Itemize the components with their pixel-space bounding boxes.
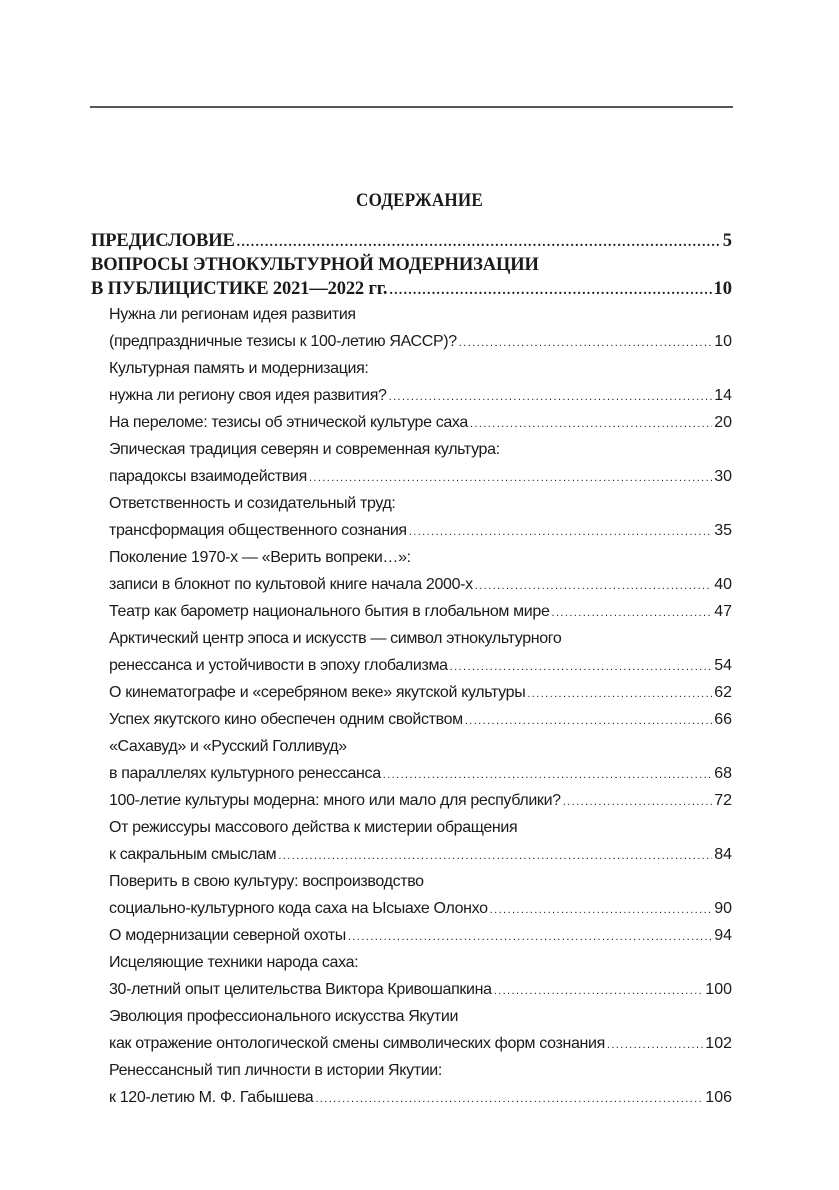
toc-item[interactable]: Ответственность и созидательный труд:тра…: [91, 490, 732, 544]
toc-line: в параллелях культурного ренессанса.....…: [109, 760, 732, 787]
toc-item[interactable]: Арктический центр эпоса и искусств — сим…: [91, 625, 732, 679]
dot-leader: ........................................…: [278, 843, 712, 868]
toc-line: Нужна ли регионам идея развития: [109, 301, 732, 328]
toc-entry-title: Эпическая традиция северян и современная…: [109, 436, 500, 463]
toc-line: Эволюция профессионального искусства Яку…: [109, 1003, 732, 1030]
dot-leader: ........................................…: [475, 573, 712, 598]
dot-leader: ........................................…: [494, 978, 704, 1003]
toc-entry-title: ренессанса и устойчивости в эпоху глобал…: [109, 652, 448, 679]
dot-leader: ........................................…: [552, 600, 713, 625]
dot-leader: ........................................…: [315, 1086, 703, 1111]
dot-leader: ........................................…: [607, 1032, 703, 1057]
toc-page-number: 94: [714, 922, 732, 949]
dot-leader: ........................................…: [348, 924, 712, 949]
toc-line: 100-летие культуры модерна: много или ма…: [109, 787, 732, 814]
toc-page-number: 54: [714, 652, 732, 679]
table-of-contents: ПРЕДИСЛОВИЕ.............................…: [91, 229, 732, 1111]
toc-page-number: 10: [714, 328, 732, 355]
toc-line: парадоксы взаимодействия................…: [109, 463, 732, 490]
toc-entry-title: парадоксы взаимодействия: [109, 463, 307, 490]
toc-page-number: 84: [714, 841, 732, 868]
toc-entry-title: социально-культурного кода саха на Ысыах…: [109, 895, 488, 922]
toc-section[interactable]: ВОПРОСЫ ЭТНОКУЛЬТУРНОЙ МОДЕРНИЗАЦИИВ ПУБ…: [91, 253, 732, 301]
toc-entry-title: Ренессансный тип личности в истории Якут…: [109, 1057, 442, 1084]
dot-leader: ........................................…: [465, 708, 712, 733]
toc-item[interactable]: Эволюция профессионального искусства Яку…: [91, 1003, 732, 1057]
toc-line: к сакральным смыслам....................…: [109, 841, 732, 868]
toc-page-number: 14: [714, 382, 732, 409]
toc-line: О модернизации северной охоты...........…: [109, 922, 732, 949]
toc-page-number: 106: [705, 1084, 732, 1111]
toc-entry-title: к сакральным смыслам: [109, 841, 276, 868]
toc-entry-title: нужна ли региону своя идея развития?: [109, 382, 387, 409]
toc-entry-title: О модернизации северной охоты: [109, 922, 346, 949]
toc-item[interactable]: «Сахавуд» и «Русский Голливуд»в параллел…: [91, 733, 732, 787]
toc-section[interactable]: ПРЕДИСЛОВИЕ.............................…: [91, 229, 732, 253]
toc-line: Поверить в свою культуру: воспроизводств…: [109, 868, 732, 895]
toc-page-number: 35: [714, 517, 732, 544]
dot-leader: ........................................…: [490, 897, 713, 922]
toc-item[interactable]: От режиссуры массового действа к мистери…: [91, 814, 732, 868]
toc-page-number: 10: [714, 277, 733, 301]
toc-entry-title: На переломе: тезисы об этнической культу…: [109, 409, 468, 436]
toc-line: На переломе: тезисы об этнической культу…: [109, 409, 732, 436]
toc-entry-title: Ответственность и созидательный труд:: [109, 490, 396, 517]
toc-item[interactable]: Исцеляющие техники народа саха:30-летний…: [91, 949, 732, 1003]
toc-page-number: 102: [705, 1030, 732, 1057]
toc-page-number: 68: [714, 760, 732, 787]
toc-entry-title: записи в блокнот по культовой книге нача…: [109, 571, 473, 598]
toc-entry-title: Культурная память и модернизация:: [109, 355, 369, 382]
toc-item[interactable]: Культурная память и модернизация:нужна л…: [91, 355, 732, 409]
toc-entry-title: в параллелях культурного ренессанса: [109, 760, 381, 787]
toc-line: как отражение онтологической смены симво…: [109, 1030, 732, 1057]
toc-line: социально-культурного кода саха на Ысыах…: [109, 895, 732, 922]
toc-line: В ПУБЛИЦИСТИКЕ 2021—2022 гг.............…: [91, 277, 732, 301]
toc-entry-title: В ПУБЛИЦИСТИКЕ 2021—2022 гг.: [91, 277, 387, 301]
dot-leader: ........................................…: [459, 330, 712, 355]
toc-entry-title: Поверить в свою культуру: воспроизводств…: [109, 868, 424, 895]
toc-page-number: 100: [705, 976, 732, 1003]
toc-line: ПРЕДИСЛОВИЕ.............................…: [91, 229, 732, 253]
toc-item[interactable]: 100-летие культуры модерна: много или ма…: [91, 787, 732, 814]
toc-entry-title: О кинематографе и «серебряном веке» якут…: [109, 679, 525, 706]
dot-leader: ........................................…: [409, 519, 712, 544]
toc-line: «Сахавуд» и «Русский Голливуд»: [109, 733, 732, 760]
toc-page-number: 72: [714, 787, 732, 814]
toc-line: Культурная память и модернизация:: [109, 355, 732, 382]
toc-item[interactable]: Театр как барометр национального бытия в…: [91, 598, 732, 625]
dot-leader: ........................................…: [237, 231, 721, 253]
dot-leader: ........................................…: [470, 411, 712, 436]
toc-page-number: 47: [714, 598, 732, 625]
toc-entry-title: ПРЕДИСЛОВИЕ: [91, 229, 235, 253]
toc-item[interactable]: Эпическая традиция северян и современная…: [91, 436, 732, 490]
toc-entry-title: Театр как барометр национального бытия в…: [109, 598, 550, 625]
header-rule: [90, 106, 733, 108]
toc-page-number: 90: [714, 895, 732, 922]
toc-line: От режиссуры массового действа к мистери…: [109, 814, 732, 841]
dot-leader: ........................................…: [527, 681, 712, 706]
toc-page-number: 40: [714, 571, 732, 598]
toc-entry-title: Исцеляющие техники народа саха:: [109, 949, 358, 976]
toc-line: ВОПРОСЫ ЭТНОКУЛЬТУРНОЙ МОДЕРНИЗАЦИИ: [91, 253, 732, 277]
toc-item[interactable]: О модернизации северной охоты...........…: [91, 922, 732, 949]
toc-entry-title: Арктический центр эпоса и искусств — сим…: [109, 625, 561, 652]
toc-line: Успех якутского кино обеспечен одним сво…: [109, 706, 732, 733]
dot-leader: ........................................…: [389, 279, 711, 301]
toc-page-number: 5: [723, 229, 732, 253]
toc-entry-title: Нужна ли регионам идея развития: [109, 301, 356, 328]
toc-entry-title: 100-летие культуры модерна: много или ма…: [109, 787, 561, 814]
toc-entry-title: Поколение 1970-х — «Верить вопреки…»:: [109, 544, 411, 571]
toc-entry-title: «Сахавуд» и «Русский Голливуд»: [109, 733, 347, 760]
toc-line: Арктический центр эпоса и искусств — сим…: [109, 625, 732, 652]
toc-entry-title: Успех якутского кино обеспечен одним сво…: [109, 706, 463, 733]
toc-entry-title: (предпраздничные тезисы к 100-летию ЯАСС…: [109, 328, 457, 355]
toc-line: трансформация общественного сознания....…: [109, 517, 732, 544]
toc-line: Театр как барометр национального бытия в…: [109, 598, 732, 625]
toc-line: Ренессансный тип личности в истории Якут…: [109, 1057, 732, 1084]
toc-item[interactable]: Нужна ли регионам идея развития(предпраз…: [91, 301, 732, 355]
toc-item[interactable]: Ренессансный тип личности в истории Якут…: [91, 1057, 732, 1111]
dot-leader: ........................................…: [309, 465, 712, 490]
page-title: СОДЕРЖАНИЕ: [42, 190, 797, 212]
toc-line: ренессанса и устойчивости в эпоху глобал…: [109, 652, 732, 679]
dot-leader: ........................................…: [450, 654, 713, 679]
toc-item[interactable]: Поколение 1970-х — «Верить вопреки…»:зап…: [91, 544, 732, 598]
toc-item[interactable]: Успех якутского кино обеспечен одним сво…: [91, 706, 732, 733]
toc-line: записи в блокнот по культовой книге нача…: [109, 571, 732, 598]
toc-page-number: 30: [714, 463, 732, 490]
toc-item[interactable]: Поверить в свою культуру: воспроизводств…: [91, 868, 732, 922]
toc-entry-title: к 120-летию М. Ф. Габышева: [109, 1084, 313, 1111]
toc-item[interactable]: О кинематографе и «серебряном веке» якут…: [91, 679, 732, 706]
toc-item[interactable]: На переломе: тезисы об этнической культу…: [91, 409, 732, 436]
toc-entry-title: как отражение онтологической смены симво…: [109, 1030, 605, 1057]
dot-leader: ........................................…: [389, 384, 713, 409]
toc-line: к 120-летию М. Ф. Габышева..............…: [109, 1084, 732, 1111]
toc-line: Поколение 1970-х — «Верить вопреки…»:: [109, 544, 732, 571]
toc-entry-title: трансформация общественного сознания: [109, 517, 407, 544]
toc-page-number: 20: [714, 409, 732, 436]
toc-line: Исцеляющие техники народа саха:: [109, 949, 732, 976]
dot-leader: ........................................…: [563, 789, 712, 814]
toc-entry-title: ВОПРОСЫ ЭТНОКУЛЬТУРНОЙ МОДЕРНИЗАЦИИ: [91, 253, 539, 277]
toc-line: Эпическая традиция северян и современная…: [109, 436, 732, 463]
toc-line: (предпраздничные тезисы к 100-летию ЯАСС…: [109, 328, 732, 355]
dot-leader: ........................................…: [383, 762, 712, 787]
toc-line: Ответственность и созидательный труд:: [109, 490, 732, 517]
toc-line: 30-летний опыт целительства Виктора Крив…: [109, 976, 732, 1003]
toc-entry-title: 30-летний опыт целительства Виктора Крив…: [109, 976, 492, 1003]
toc-page-number: 66: [714, 706, 732, 733]
toc-entry-title: Эволюция профессионального искусства Яку…: [109, 1003, 458, 1030]
toc-page-number: 62: [714, 679, 732, 706]
toc-entry-title: От режиссуры массового действа к мистери…: [109, 814, 517, 841]
toc-line: нужна ли региону своя идея развития?....…: [109, 382, 732, 409]
toc-line: О кинематографе и «серебряном веке» якут…: [109, 679, 732, 706]
